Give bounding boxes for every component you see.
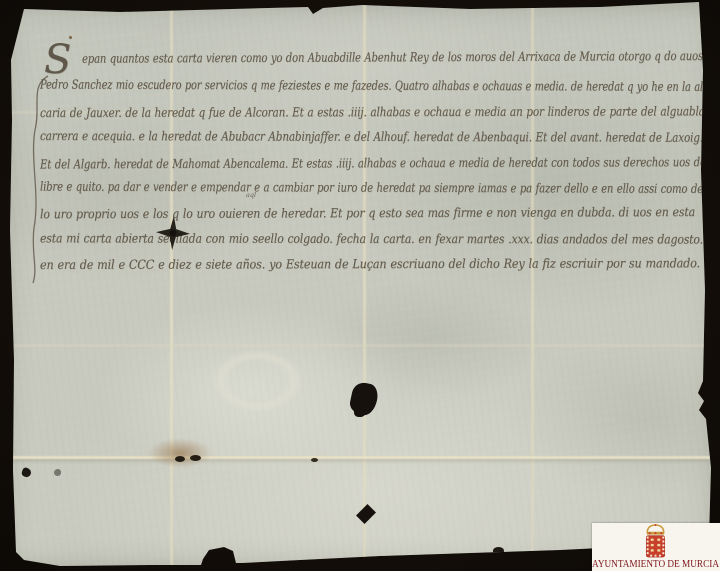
municipal-stamp: AYUNTAMIENTO DE MURCIA xyxy=(592,523,720,571)
text-line-1: epan quantos esta carta vieren como yo d… xyxy=(82,48,720,66)
fold-line-horizontal-middle xyxy=(12,344,708,347)
bottom-edge-nick xyxy=(493,547,504,554)
faint-ring-stain xyxy=(205,345,310,417)
text-line-7: lo uro proprio uos e los q lo uro ouiere… xyxy=(40,205,720,222)
text-line-9: en era de mil e CCC e diez e siete años.… xyxy=(40,256,720,272)
fold-line-vertical-left xyxy=(170,10,173,566)
text-line-3: caria de Jauxer. de la heredat q fue de … xyxy=(40,104,720,120)
text-line-6: libre e quito. pa dar e vender e empenda… xyxy=(40,180,720,197)
text-line-2: Pedro Sanchez mio escudero por servicios… xyxy=(40,78,720,95)
fold-stain xyxy=(148,438,212,468)
stamp-label: AYUNTAMIENTO DE MURCIA xyxy=(592,559,720,570)
small-speck-right xyxy=(311,458,318,462)
interlinear-note: aql xyxy=(246,192,256,199)
manuscript-photo: S epan quantos esta carta vieren como yo… xyxy=(0,0,720,571)
edge-spot-dark xyxy=(21,467,33,479)
diamond-hole xyxy=(356,504,376,524)
stain-dot-1 xyxy=(175,456,185,462)
fold-line-horizontal-main xyxy=(13,456,710,459)
edge-spot-gray xyxy=(54,469,61,476)
ink-blot-hole-tail xyxy=(354,406,366,417)
ink-blot-hole xyxy=(348,381,380,418)
text-line-4: carrera e acequia. e la heredat de Abuba… xyxy=(40,129,720,145)
decorated-initial-letter: S xyxy=(44,40,71,80)
text-line-5: Et del Algarb. heredat de Mahomat Abenca… xyxy=(40,155,720,172)
murcia-coat-of-arms-icon xyxy=(642,524,669,558)
stain-dot-2 xyxy=(190,455,201,461)
text-line-8: esta mi carta abierta seellada con mio s… xyxy=(40,231,720,247)
parchment-sheet: S epan quantos esta carta vieren como yo… xyxy=(0,0,720,571)
